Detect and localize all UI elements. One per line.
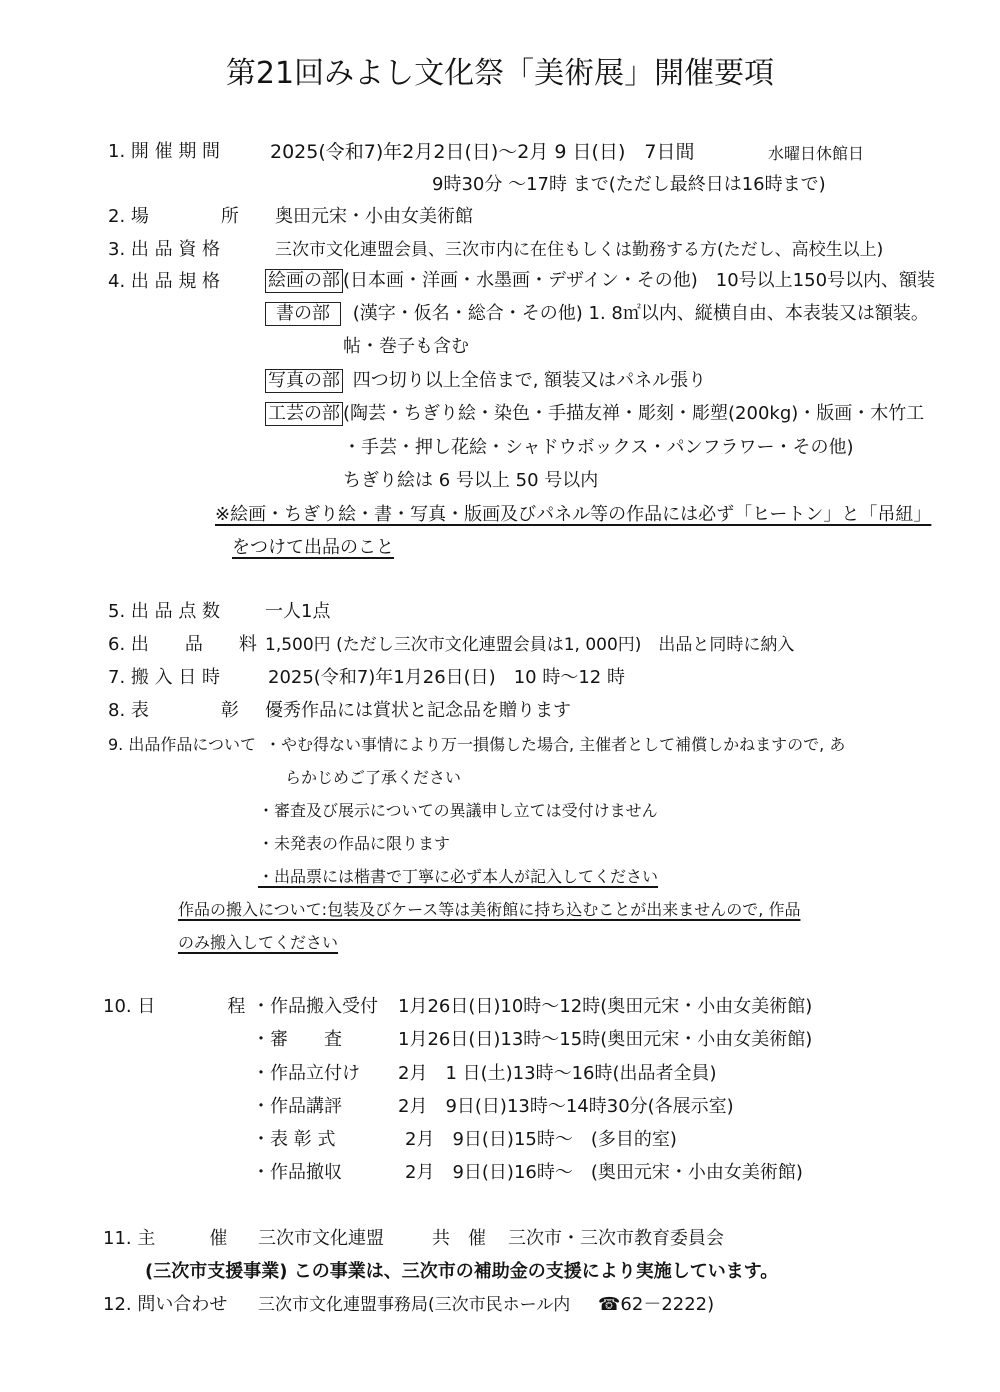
eligibility-label: 3. 出 品 資 格	[108, 238, 220, 262]
schedule-event-4: ・作品講評	[252, 1095, 342, 1119]
co-organizer-value: 三次市・三次市教育委員会	[508, 1227, 724, 1251]
schedule-when-4: 2月 9日(日)13時～14時30分(各展示室)	[398, 1095, 734, 1119]
period-label: 1. 開 催 期 間	[108, 140, 220, 164]
spec-crafts: 工芸の部(陶芸・ちぎり絵・染色・手描友禅・彫刻・彫塑(200kg)・版画・木竹工	[265, 402, 924, 426]
spec-crafts-text2: ・手芸・押し花絵・シャドウボックス・パンフラワー・その他)	[343, 436, 853, 460]
spec-painting: 絵画の部(日本画・洋画・水墨画・デザイン・その他) 10号以上150号以内、額装	[265, 269, 935, 293]
works-bullet-1: ・やむ得ない事情により万一損傷した場合, 主催者として補償しかねますので, あ	[265, 733, 845, 757]
count-value: 一人1点	[265, 600, 330, 624]
eligibility-value: 三次市文化連盟会員、三次市内に在住もしくは勤務する方(ただし、高校生以上)	[275, 238, 883, 262]
spec-calligraphy-tag: 書の部	[265, 302, 341, 326]
contact-phone-number: 62－2222)	[620, 1294, 714, 1315]
schedule-event-5: ・表 彰 式	[252, 1128, 335, 1152]
spec-crafts-text3: ちぎり絵は 6 号以上 50 号以内	[343, 469, 598, 493]
schedule-when-5: 2月 9日(日)15時～ (多目的室)	[405, 1128, 677, 1152]
spec-calligraphy-text: (漢字・仮名・総合・その他) 1. 8㎡以内、縦横自由、本表装又は額装。	[353, 303, 929, 324]
spec-calligraphy: 書の部 (漢字・仮名・総合・その他) 1. 8㎡以内、縦横自由、本表装又は額装。	[265, 302, 929, 326]
spec-painting-text: (日本画・洋画・水墨画・デザイン・その他) 10号以上150号以内、額装	[343, 270, 935, 291]
schedule-event-3: ・作品立付け	[252, 1062, 360, 1086]
contact-phone: ☎62－2222)	[598, 1293, 714, 1317]
works-bullet-3: ・未発表の作品に限ります	[258, 832, 450, 856]
support-statement: (三次市支援事業) この事業は、三次市の補助金の支援により実施しています。	[145, 1260, 778, 1284]
delivery-label: 7. 搬 入 日 時	[108, 666, 220, 690]
spec-photo: 写真の部 四つ切り以上全倍まで, 額装又はパネル張り	[265, 369, 706, 393]
schedule-event-2: ・審 査	[252, 1028, 342, 1052]
specs-note-line2: をつけて出品のこと	[232, 536, 394, 560]
contact-label: 12. 問い合わせ	[103, 1293, 227, 1317]
schedule-when-6: 2月 9日(日)16時～ (奥田元宋・小由女美術館)	[405, 1161, 803, 1185]
delivery-value: 2025(令和7)年1月26日(日) 10 時～12 時	[268, 666, 625, 690]
organizer-label: 11. 主 催	[103, 1227, 227, 1251]
organizer-value: 三次市文化連盟	[258, 1227, 384, 1251]
schedule-event-1: ・作品搬入受付	[252, 995, 378, 1019]
count-label: 5. 出 品 点 数	[108, 600, 220, 624]
schedule-when-3: 2月 1 日(土)13時～16時(出品者全員)	[398, 1062, 717, 1086]
specs-label: 4. 出 品 規 格	[108, 270, 220, 294]
works-note-line2: のみ搬入してください	[178, 931, 338, 955]
works-note-line1: 作品の搬入について:包装及びケース等は美術館に持ち込むことが出来ませんので, 作…	[178, 898, 800, 922]
spec-photo-tag: 写真の部	[265, 369, 343, 393]
venue-value: 奥田元宋・小由女美術館	[275, 205, 473, 229]
schedule-when-2: 1月26日(日)13時～15時(奥田元宋・小由女美術館)	[398, 1028, 812, 1052]
co-organizer-label: 共 催	[432, 1227, 486, 1251]
schedule-label: 10. 日 程	[103, 995, 245, 1019]
works-bullet-2: ・審査及び展示についての異議申し立ては受付けません	[258, 799, 658, 823]
fee-value: 1,500円 (ただし三次市文化連盟会員は1, 000円) 出品と同時に納入	[265, 633, 794, 657]
venue-label: 2. 場 所	[108, 205, 239, 229]
works-bullet-4: ・出品票には楷書で丁寧に必ず本人が記入してください	[258, 865, 658, 889]
spec-calligraphy-text2: 帖・巻子も含む	[343, 335, 469, 359]
page-title: 第21回みよし文化祭「美術展」開催要項	[0, 48, 1000, 92]
award-value: 優秀作品には賞状と記念品を贈ります	[265, 699, 571, 723]
spec-painting-tag: 絵画の部	[265, 269, 343, 293]
award-label: 8. 表 彰	[108, 699, 239, 723]
spec-crafts-tag: 工芸の部	[265, 402, 343, 426]
schedule-event-6: ・作品撤収	[252, 1161, 342, 1185]
specs-note-line1: ※絵画・ちぎり絵・書・写真・版画及びパネル等の作品には必ず「ヒートン」と「吊紐」	[215, 503, 931, 527]
schedule-when-1: 1月26日(日)10時～12時(奥田元宋・小由女美術館)	[398, 995, 812, 1019]
works-bullet-1-cont: らかじめご了承ください	[285, 766, 461, 790]
spec-photo-text: 四つ切り以上全倍まで, 額装又はパネル張り	[353, 370, 706, 391]
period-closed: 水曜日休館日	[768, 142, 864, 166]
period-dates: 2025(令和7)年2月2日(日)～2月 9 日(日) 7日間	[270, 140, 694, 164]
fee-label: 6. 出 品 料	[108, 633, 257, 657]
contact-value: 三次市文化連盟事務局(三次市民ホール内	[258, 1293, 570, 1317]
phone-icon: ☎	[598, 1294, 620, 1315]
spec-crafts-text: (陶芸・ちぎり絵・染色・手描友禅・彫刻・彫塑(200kg)・版画・木竹工	[343, 403, 924, 424]
period-hours: 9時30分 ～17時 まで(ただし最終日は16時まで)	[432, 173, 826, 197]
works-label: 9. 出品作品について	[108, 733, 256, 757]
